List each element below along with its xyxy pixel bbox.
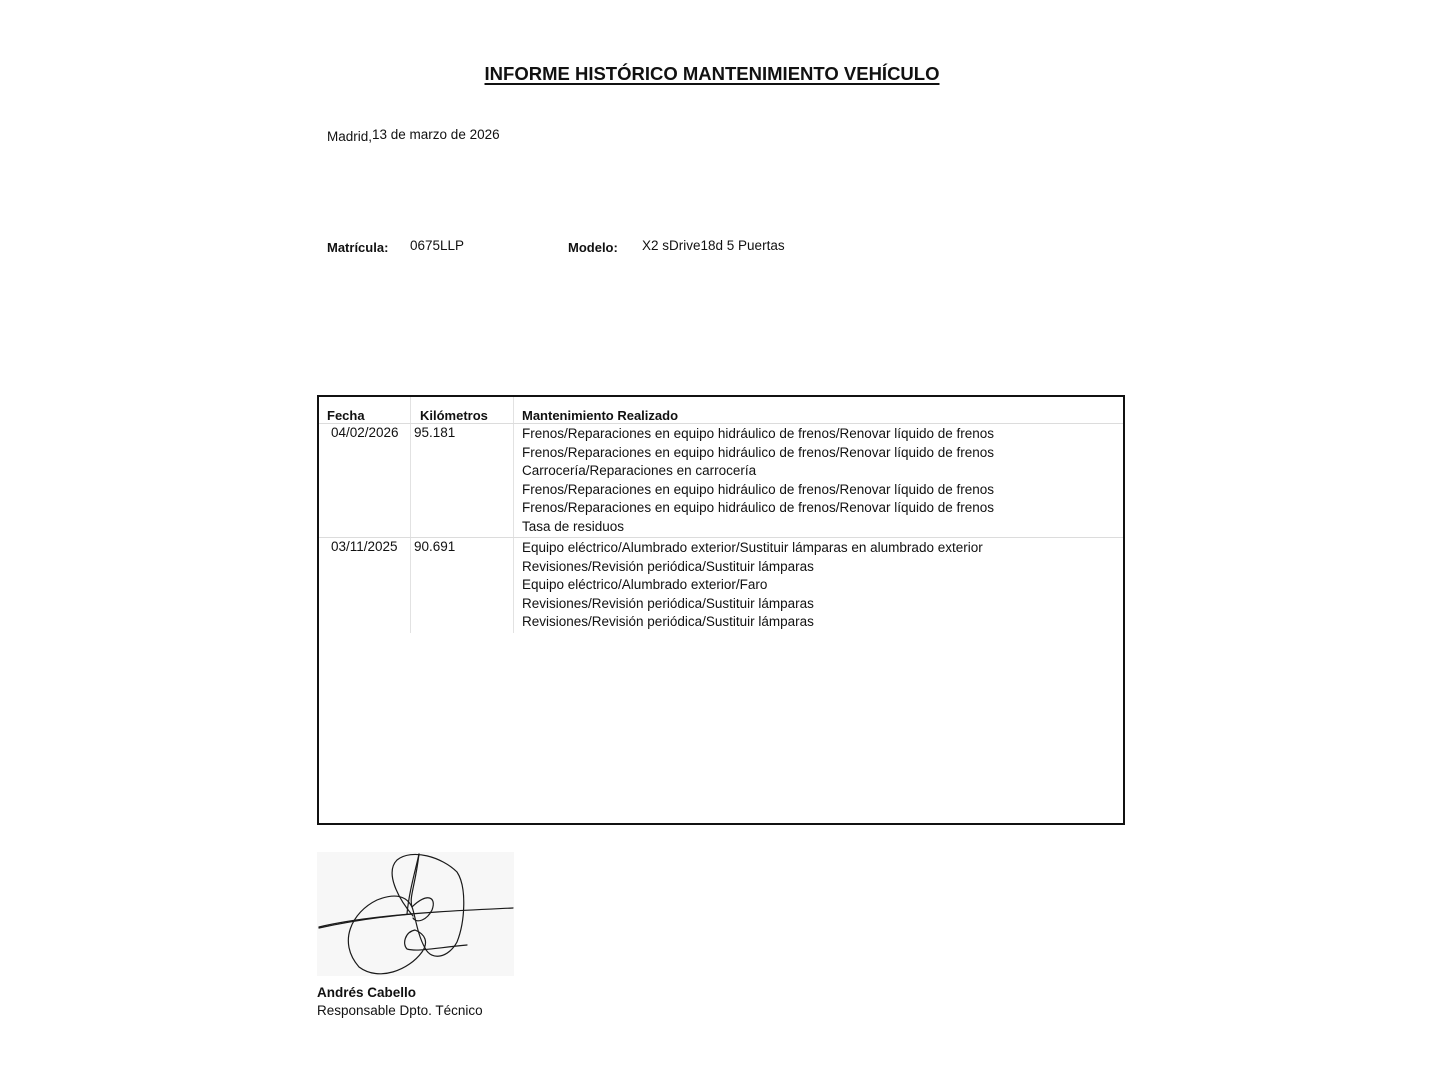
header-km: Kilómetros [420,408,488,423]
table-row: 03/11/202590.691Equipo eléctrico/Alumbra… [319,538,1123,633]
model-label: Modelo: [568,240,618,255]
header-maintenance: Mantenimiento Realizado [522,408,678,423]
cell-date: 04/02/2026 [331,425,399,440]
place-date: Madrid,13 de marzo de 2026 [327,127,500,142]
maintenance-item: Tasa de residuos [522,518,994,537]
signature-icon [317,852,514,976]
maintenance-item: Equipo eléctrico/Alumbrado exterior/Sust… [522,539,983,558]
maintenance-item: Equipo eléctrico/Alumbrado exterior/Faro [522,576,983,595]
place: Madrid, [327,129,372,144]
table-header: Fecha Kilómetros Mantenimiento Realizado [319,397,1123,424]
cell-km: 90.691 [414,539,455,554]
maintenance-item: Revisiones/Revisión periódica/Sustituir … [522,558,983,577]
maintenance-item: Revisiones/Revisión periódica/Sustituir … [522,595,983,614]
maintenance-item: Frenos/Reparaciones en equipo hidráulico… [522,481,994,500]
header-date: Fecha [327,408,365,423]
plate-label: Matrícula: [327,240,388,255]
maintenance-table: Fecha Kilómetros Mantenimiento Realizado… [317,395,1125,825]
maintenance-item: Frenos/Reparaciones en equipo hidráulico… [522,444,994,463]
table-row: 04/02/202695.181Frenos/Reparaciones en e… [319,424,1123,538]
cell-date: 03/11/2025 [331,539,398,554]
signer-name: Andrés Cabello [317,985,416,1000]
maintenance-item: Revisiones/Revisión periódica/Sustituir … [522,613,983,632]
maintenance-list: Equipo eléctrico/Alumbrado exterior/Sust… [522,539,983,632]
column-divider [410,424,411,537]
date: 13 de marzo de 2026 [372,127,500,142]
column-divider [513,538,514,633]
column-divider [513,424,514,537]
maintenance-item: Frenos/Reparaciones en equipo hidráulico… [522,425,994,444]
maintenance-list: Frenos/Reparaciones en equipo hidráulico… [522,425,994,536]
model-value: X2 sDrive18d 5 Puertas [642,238,785,253]
column-divider [410,397,411,423]
column-divider [410,538,411,633]
plate-value: 0675LLP [410,238,464,253]
report-title: INFORME HISTÓRICO MANTENIMIENTO VEHÍCULO [0,63,1424,85]
maintenance-item: Carrocería/Reparaciones en carrocería [522,462,994,481]
signature-image [317,852,514,976]
signer-role: Responsable Dpto. Técnico [317,1003,483,1018]
column-divider [513,397,514,423]
cell-km: 95.181 [414,425,455,440]
maintenance-item: Frenos/Reparaciones en equipo hidráulico… [522,499,994,518]
